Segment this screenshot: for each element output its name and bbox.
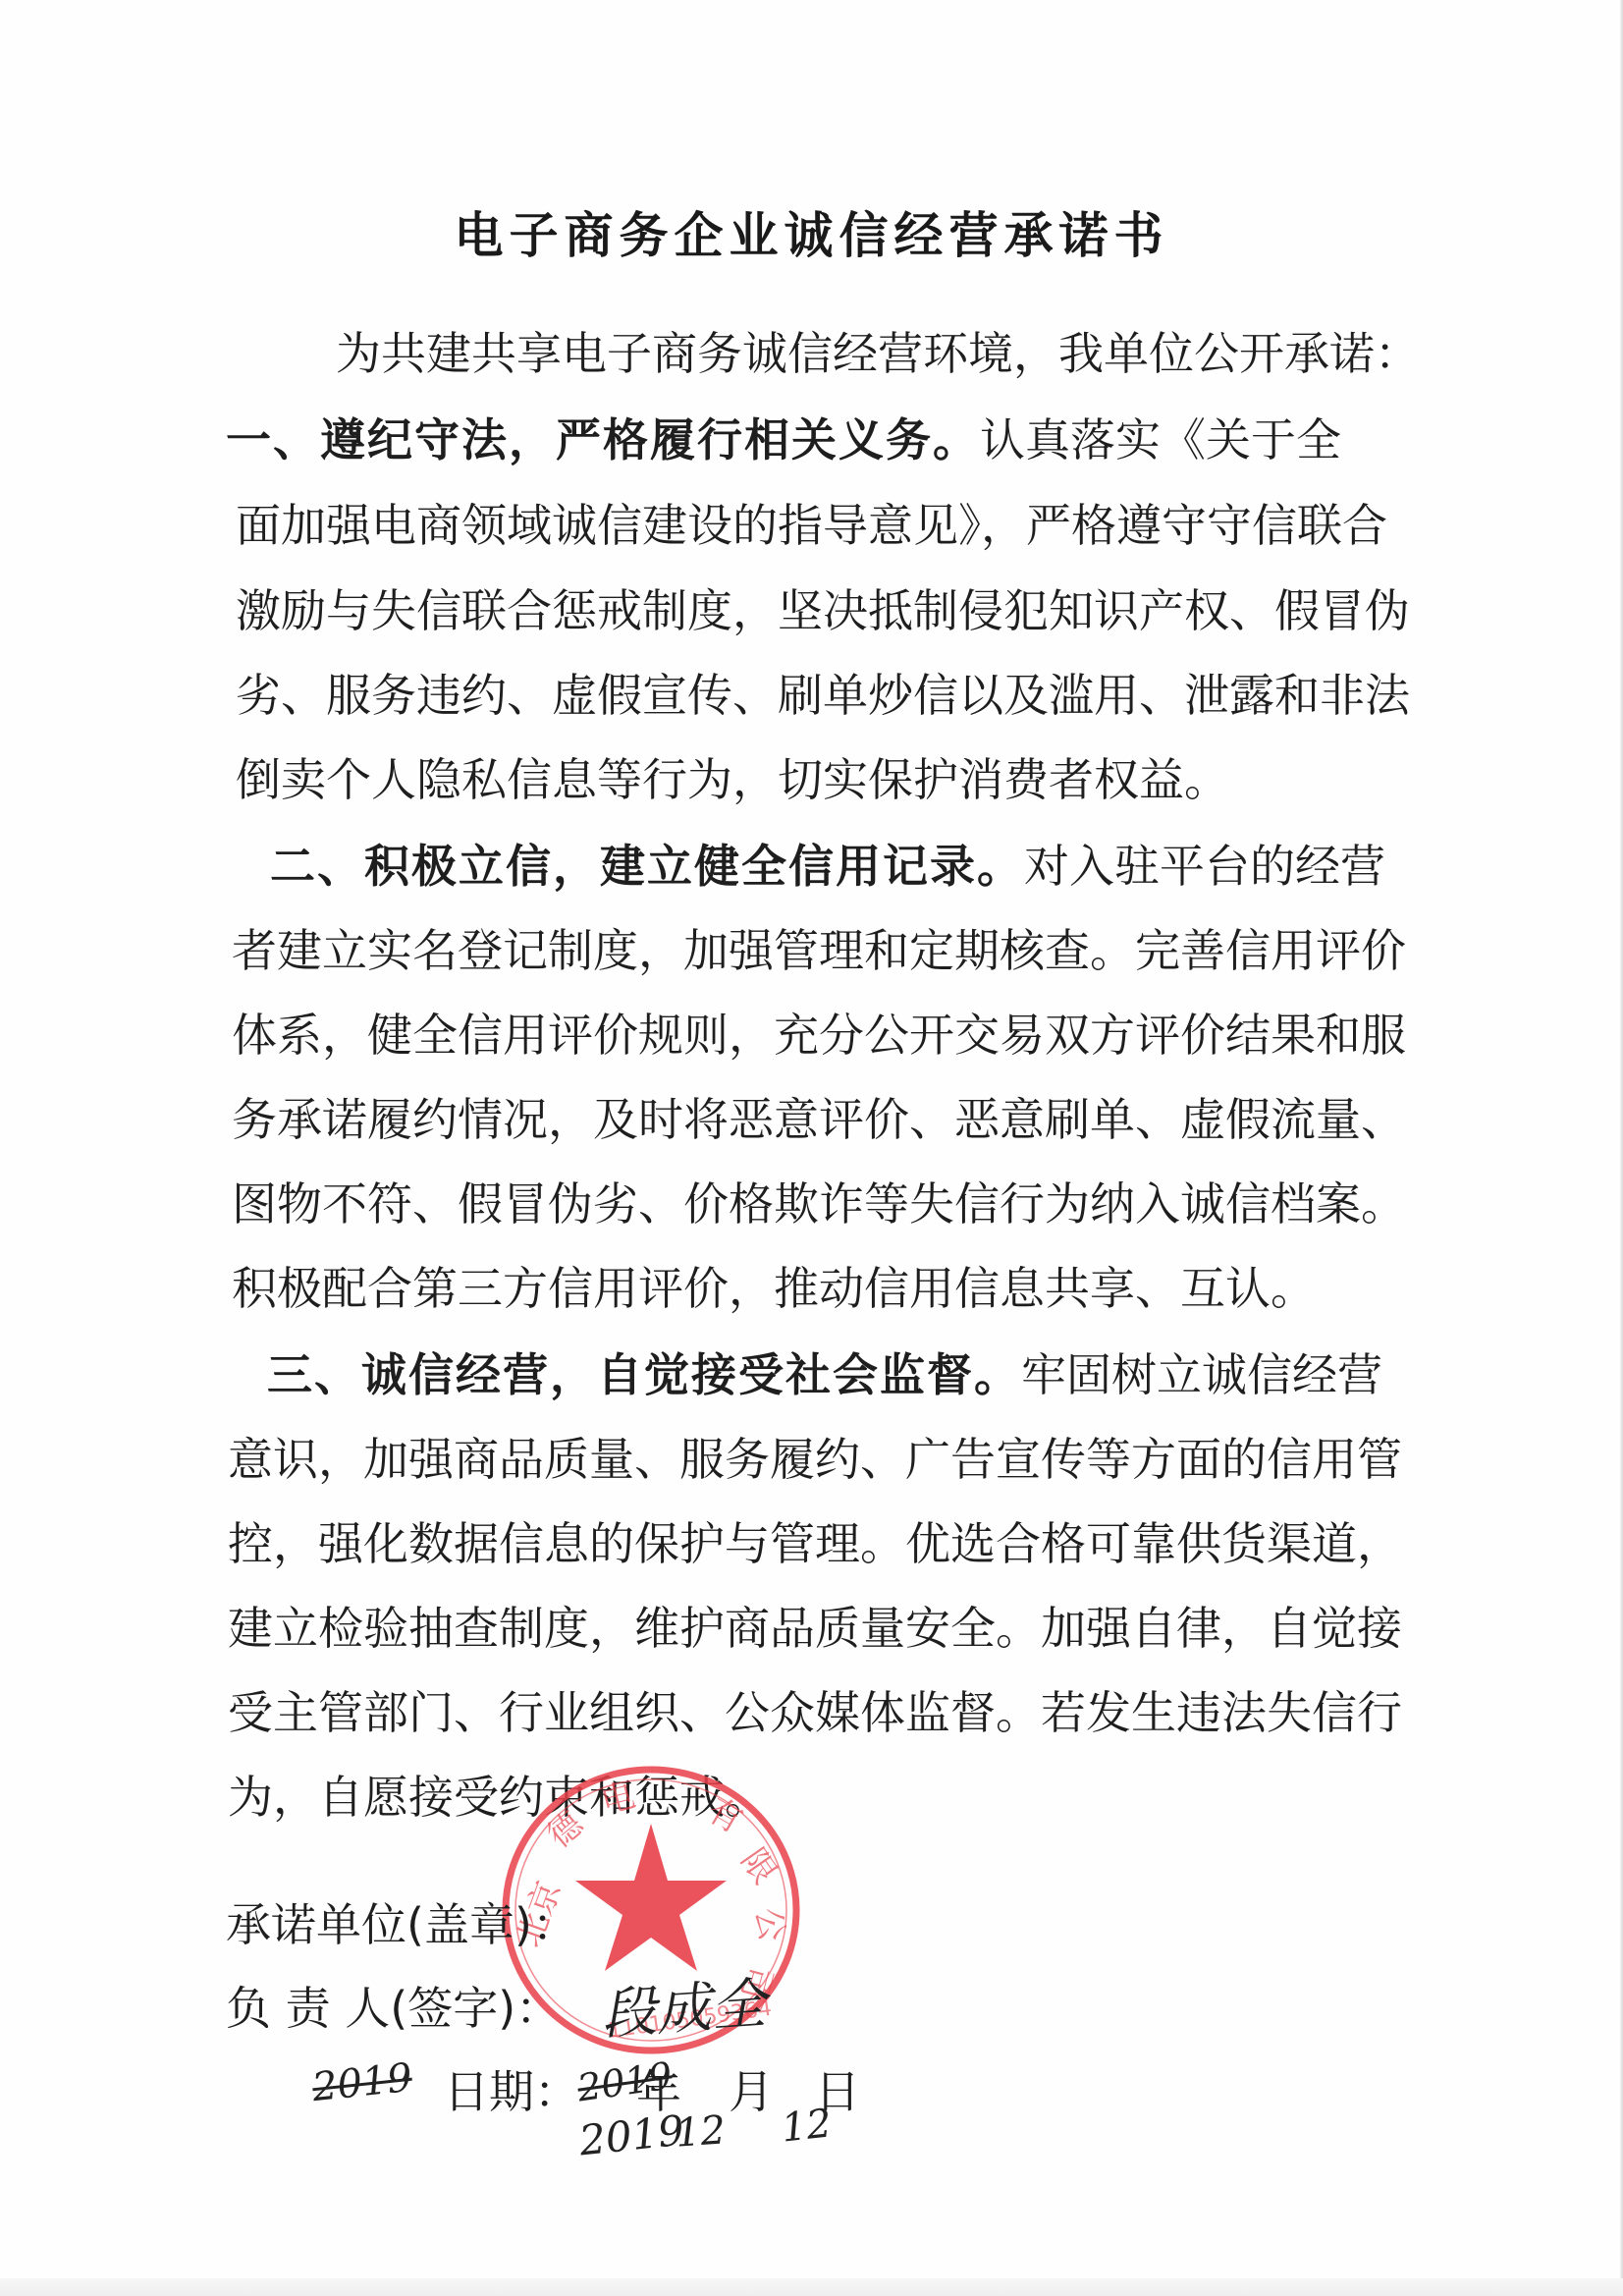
section-1-heading: 一、遵纪守法，严格履行相关义务。: [226, 413, 980, 466]
date-label: 日期：: [444, 2062, 579, 2121]
handwritten-month: 12: [674, 2107, 727, 2156]
section-2-text: 对入驻平台的经营: [1024, 840, 1385, 893]
section-3-line: 意识，加强商品质量、服务履约、广告宣传等方面的信用管: [228, 1430, 1402, 1489]
committing-unit-label: 承诺单位(盖章)：: [226, 1895, 577, 1954]
struck-year-left: 2019: [310, 2055, 414, 2110]
section-2-line: 者建立实名登记制度，加强管理和定期核查。完善信用评价: [232, 921, 1406, 980]
scan-edge-bottom: [0, 2278, 1623, 2296]
responsible-person-label: 负 责 人(签字)：: [226, 1979, 561, 2038]
handwritten-year: 2019: [577, 2106, 686, 2165]
document-page: 电子商务企业诚信经营承诺书 为共建共享电子商务诚信经营环境，我单位公开承诺： 一…: [0, 0, 1623, 2296]
section-3-line: 受主管部门、行业组织、公众媒体监督。若发生违法失信行: [228, 1683, 1402, 1742]
svg-text:公: 公: [747, 1905, 791, 1944]
section-2-heading: 二、积极立信，建立健全信用记录。: [270, 840, 1024, 893]
handwritten-day: 12: [780, 2101, 834, 2151]
svg-text:限: 限: [733, 1841, 784, 1891]
handwritten-signature: 段成全: [598, 1960, 768, 2050]
section-2-first-line: 二、积极立信，建立健全信用记录。对入驻平台的经营: [270, 837, 1385, 896]
section-2-line: 体系，健全信用评价规则，充分公开交易双方评价结果和服: [232, 1006, 1406, 1065]
section-3-text: 牢固树立诚信经营: [1021, 1348, 1382, 1401]
section-2-line: 图物不符、假冒伪劣、价格欺诈等失信行为纳入诚信档案。: [232, 1175, 1406, 1233]
section-2-line: 积极配合第三方信用评价，推动信用信息共享、互认。: [232, 1259, 1316, 1318]
section-1-line: 劣、服务违约、虚假宣传、刷单炒信以及滥用、泄露和非法: [236, 666, 1410, 725]
section-3-heading: 三、诚信经营，自觉接受社会监督。: [267, 1348, 1021, 1401]
section-1-line: 激励与失信联合惩戒制度，坚决抵制侵犯知识产权、假冒伪: [236, 581, 1410, 640]
section-3-line: 控，强化数据信息的保护与管理。优选合格可靠供货渠道，: [228, 1514, 1402, 1573]
section-1-first-line: 一、遵纪守法，严格履行相关义务。认真落实《关于全: [226, 410, 1341, 469]
section-1-line: 倒卖个人隐私信息等行为，切实保护消费者权益。: [236, 750, 1229, 809]
section-1-line: 面加强电商领域诚信建设的指导意见》，严格遵守守信联合: [236, 496, 1387, 555]
month-suffix: 月: [729, 2062, 774, 2121]
section-3-line: 建立检验抽查制度，维护商品质量安全。加强自律，自觉接: [228, 1599, 1402, 1658]
document-title: 电子商务企业诚信经营承诺书: [0, 196, 1623, 267]
intro-paragraph: 为共建共享电子商务诚信经营环境，我单位公开承诺：: [336, 324, 1420, 383]
section-2-line: 务承诺履约情况，及时将恶意评价、恶意刷单、虚假流量、: [232, 1090, 1406, 1149]
section-3-first-line: 三、诚信经营，自觉接受社会监督。牢固树立诚信经营: [267, 1345, 1382, 1404]
section-3-line: 为，自愿接受约束和惩戒。: [228, 1768, 770, 1827]
section-1-text: 认真落实《关于全: [980, 413, 1341, 466]
